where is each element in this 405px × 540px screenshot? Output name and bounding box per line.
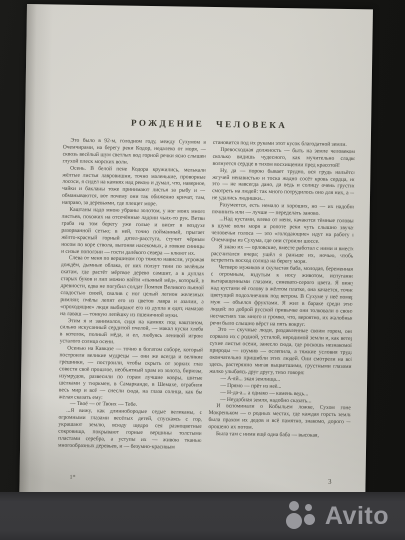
- paragraph: Я знаю их — орловские, вместе работал с …: [210, 243, 354, 266]
- paragraph: Это было в 92-м, голодном году, между Су…: [62, 137, 205, 167]
- paragraph: Ну, да — порою бывает трудно, вся грудь …: [211, 167, 354, 204]
- paragraph: Осенью на Кавказе — точно в богатом собо…: [59, 345, 203, 403]
- paragraph: Это — скучные люди, раздавленные своим г…: [209, 326, 353, 377]
- paragraph: Каштаны надо мною убраны золотом, у ног …: [61, 206, 205, 257]
- book-page-photo: РОЖДЕНИЕ ЧЕЛОВЕКА Это было в 92-м, голод…: [19, 4, 373, 501]
- paragraph: Осень. В белой пене Кодора кружились, ме…: [62, 164, 206, 208]
- paragraph: Превосходная должность — быть на земле ч…: [212, 146, 355, 169]
- paragraph: Этим я и занимался, сидя на камнях под к…: [60, 317, 204, 347]
- avito-brand-label: Avito: [325, 502, 389, 531]
- right-column: становится под их руками этот кусок благ…: [207, 139, 354, 459]
- avito-logo-icon: [286, 500, 318, 532]
- paragraph: Четверо мужиков и скуластая баба, молода…: [209, 264, 353, 329]
- page-content: РОЖДЕНИЕ ЧЕЛОВЕКА Это было в 92-м, голод…: [57, 5, 357, 502]
- left-column: Это было в 92-м, голодном году, между Су…: [58, 137, 205, 457]
- paragraph: Была там с ними ещё одна баба — высокая,: [208, 430, 352, 439]
- paragraph: ...Я вижу, как длиннобородые седые велик…: [58, 407, 202, 451]
- photo-frame-band: Avito: [0, 492, 405, 540]
- text-columns: Это было в 92-м, голодном году, между Су…: [58, 137, 355, 460]
- page-title: РОЖДЕНИЕ ЧЕЛОВЕКА: [63, 117, 355, 132]
- paragraph: Слева от меня по вершинам гор тяжело нав…: [60, 254, 204, 319]
- paragraph: И вспоминали о Кобыльем ложке, Сухом гон…: [208, 402, 352, 432]
- paragraph: ...Над кустами, влево от меня, качаются …: [211, 215, 355, 245]
- signature-mark: 1*: [70, 475, 76, 481]
- avito-watermark: Avito: [286, 500, 389, 532]
- page-number: 3: [328, 478, 332, 486]
